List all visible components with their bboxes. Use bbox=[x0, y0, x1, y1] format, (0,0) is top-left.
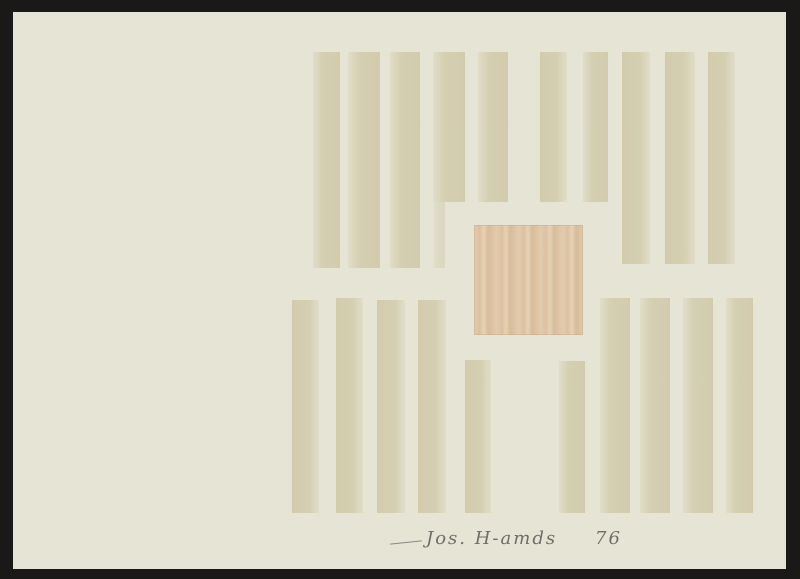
signature-flourish bbox=[390, 540, 422, 544]
stripe bbox=[292, 300, 319, 513]
signature-year: 76 bbox=[595, 528, 622, 549]
stripe bbox=[336, 298, 363, 513]
stripe bbox=[433, 52, 465, 202]
stripe bbox=[377, 300, 405, 513]
stripe bbox=[622, 52, 650, 264]
stripe bbox=[433, 202, 445, 268]
stripe bbox=[465, 360, 491, 513]
stripe bbox=[348, 52, 380, 268]
stripe bbox=[313, 52, 340, 268]
stripe bbox=[583, 52, 608, 202]
stripe bbox=[708, 52, 735, 264]
stripe bbox=[640, 298, 670, 513]
stripe bbox=[726, 298, 753, 513]
signature-name: Jos. H-amds bbox=[426, 528, 557, 549]
stripe bbox=[600, 298, 630, 513]
artist-signature: Jos. H-amds 76 bbox=[390, 528, 620, 556]
stripe bbox=[418, 300, 446, 513]
stripe bbox=[683, 298, 713, 513]
stripe bbox=[665, 52, 695, 264]
stripe bbox=[478, 52, 508, 202]
stripe bbox=[540, 52, 567, 202]
stripe bbox=[390, 52, 420, 268]
fluted-square bbox=[474, 225, 583, 335]
stripe bbox=[559, 361, 585, 513]
